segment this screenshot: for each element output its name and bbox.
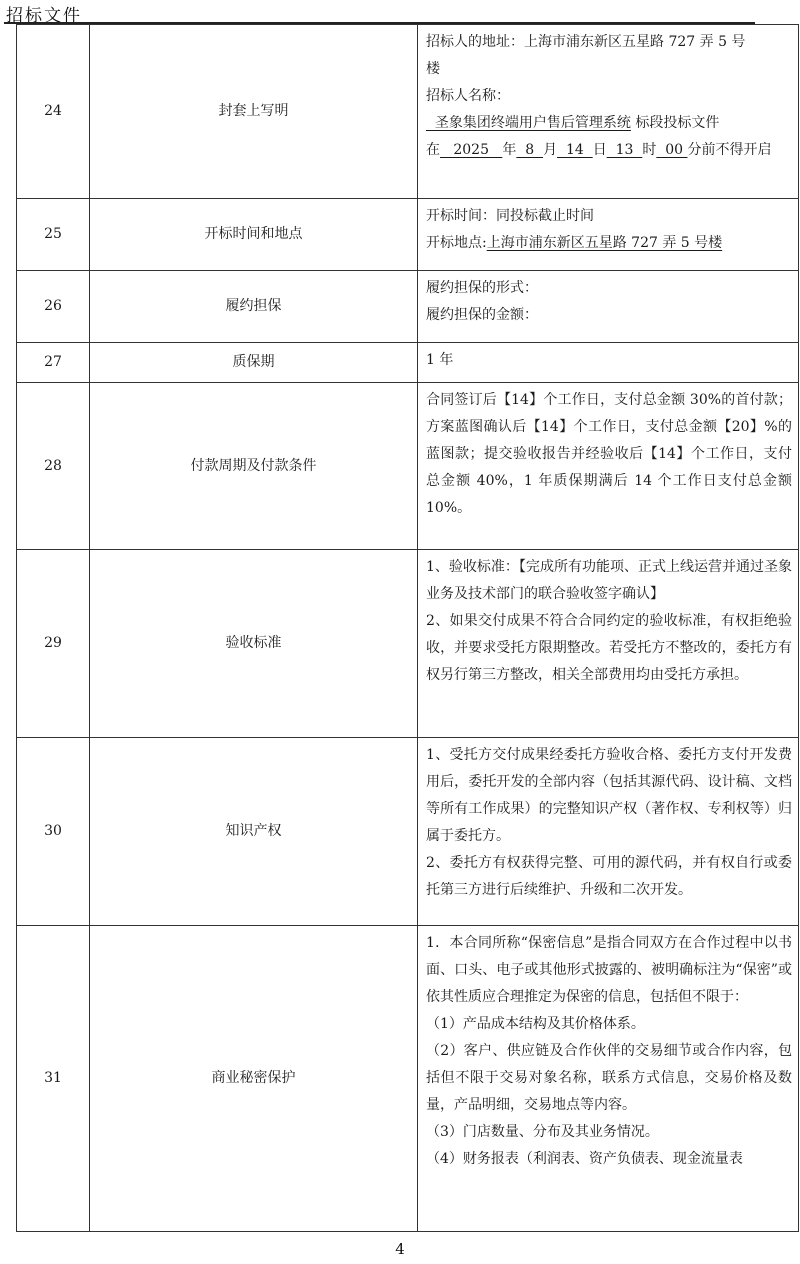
hour-unit: 时 [642, 142, 656, 158]
table-row: 30 知识产权 1、受托方交付成果经委托方验收合格、委托方支付开发费用后，委托开… [17, 738, 799, 926]
row-item-name: 封套上写明 [90, 25, 418, 199]
project-name: 圣象集团终端用户售后管理系统 [426, 115, 631, 131]
row-number: 25 [17, 199, 90, 271]
row-content: 履约担保的形式： 履约担保的金额： [418, 271, 799, 343]
opening-hour: 13 [607, 142, 643, 158]
confidential-item-4: （4）财务报表（利润表、资产负债表、现金流量表 [426, 1146, 792, 1173]
row-content: 1、受托方交付成果经委托方验收合格、委托方支付开发费用后，委托开发的全部内容（包… [418, 738, 799, 926]
row-item-name: 履约担保 [90, 271, 418, 343]
opening-year: 2025 [440, 142, 502, 158]
table-row: 26 履约担保 履约担保的形式： 履约担保的金额： [17, 271, 799, 343]
month-unit: 月 [543, 142, 557, 158]
row-content: 1．本合同所称“保密信息”是指合同双方在合作过程中以书面、口头、电子或其他形式披… [418, 926, 799, 1232]
opening-prefix: 在 [426, 142, 440, 158]
confidential-item-1: （1）产品成本结构及其价格体系。 [426, 1011, 792, 1038]
opening-place-label: 开标地点: [426, 235, 487, 251]
opening-place-line: 开标地点:上海市浦东新区五星路 727 弄 5 号楼 [426, 230, 792, 257]
acceptance-criteria: 1、验收标准：【完成所有功能项、正式上线运营并通过圣象业务及技术部门的联合验收签… [426, 554, 792, 608]
opening-day: 14 [557, 142, 593, 158]
table-row: 29 验收标准 1、验收标准：【完成所有功能项、正式上线运营并通过圣象业务及技术… [17, 550, 799, 738]
confidential-item-2: （2）客户、供应链及合作伙伴的交易细节或合作内容，包括但不限于交易对象名称，联系… [426, 1038, 792, 1119]
row-item-name: 付款周期及付款条件 [90, 383, 418, 550]
row-number: 29 [17, 550, 90, 738]
opening-minute: 00 [656, 142, 687, 158]
row-content: 1 年 [418, 343, 799, 383]
opening-month: 8 [516, 142, 543, 158]
acceptance-rejection: 2、如果交付成果不符合合同约定的验收标准，有权拒绝验收，并要求受托方限期整改。若… [426, 608, 792, 689]
year-unit: 年 [502, 142, 516, 158]
row-item-name: 质保期 [90, 343, 418, 383]
day-unit: 日 [593, 142, 607, 158]
ip-source-code: 2、委托方有权获得完整、可用的源代码，并有权自行或委托第三方进行后续维护、升级和… [426, 850, 792, 904]
bidder-name-label: 招标人名称： [426, 83, 792, 110]
table-row: 24 封套上写明 招标人的地址：上海市浦东新区五星路 727 弄 5 号 楼 招… [17, 25, 799, 199]
row-content: 合同签订后【14】个工作日，支付总金额 30%的首付款；方案蓝图确认后【14】个… [418, 383, 799, 550]
row-item-name: 知识产权 [90, 738, 418, 926]
confidential-item-3: （3）门店数量、分布及其业务情况。 [426, 1119, 792, 1146]
ip-ownership: 1、受托方交付成果经委托方验收合格、委托方支付开发费用后，委托开发的全部内容（包… [426, 742, 792, 850]
row-content: 开标时间：同投标截止时间 开标地点:上海市浦东新区五星路 727 弄 5 号楼 [418, 199, 799, 271]
table-row: 28 付款周期及付款条件 合同签订后【14】个工作日，支付总金额 30%的首付款… [17, 383, 799, 550]
row-number: 28 [17, 383, 90, 550]
bid-terms-table: 24 封套上写明 招标人的地址：上海市浦东新区五星路 727 弄 5 号 楼 招… [16, 24, 799, 1232]
guarantee-amount: 履约担保的金额： [426, 302, 792, 329]
table-row: 25 开标时间和地点 开标时间：同投标截止时间 开标地点:上海市浦东新区五星路 … [17, 199, 799, 271]
row-content: 招标人的地址：上海市浦东新区五星路 727 弄 5 号 楼 招标人名称： 圣象集… [418, 25, 799, 199]
table-row: 31 商业秘密保护 1．本合同所称“保密信息”是指合同双方在合作过程中以书面、口… [17, 926, 799, 1232]
row-item-name: 验收标准 [90, 550, 418, 738]
page-number: 4 [0, 1240, 800, 1258]
minute-unit: 分前不得开启 [687, 142, 771, 158]
bidder-address: 招标人的地址：上海市浦东新区五星路 727 弄 5 号 [426, 29, 792, 56]
row-number: 27 [17, 343, 90, 383]
table-row: 27 质保期 1 年 [17, 343, 799, 383]
opening-place-value: 上海市浦东新区五星路 727 弄 5 号楼 [487, 235, 722, 251]
guarantee-form: 履约担保的形式： [426, 275, 792, 302]
opening-deadline-line: 在 2025 年 8 月 14 日 13 时 00 分前不得开启 [426, 137, 792, 164]
confidential-definition: 1．本合同所称“保密信息”是指合同双方在合作过程中以书面、口头、电子或其他形式披… [426, 930, 792, 1011]
row-number: 26 [17, 271, 90, 343]
opening-time: 开标时间：同投标截止时间 [426, 203, 792, 230]
project-name-line: 圣象集团终端用户售后管理系统 标段投标文件 [426, 110, 792, 137]
row-item-name: 商业秘密保护 [90, 926, 418, 1232]
row-item-name: 开标时间和地点 [90, 199, 418, 271]
bidder-address-continued: 楼 [426, 56, 792, 83]
row-number: 30 [17, 738, 90, 926]
project-suffix: 标段投标文件 [631, 115, 719, 131]
row-content: 1、验收标准：【完成所有功能项、正式上线运营并通过圣象业务及技术部门的联合验收签… [418, 550, 799, 738]
row-number: 31 [17, 926, 90, 1232]
row-number: 24 [17, 25, 90, 199]
